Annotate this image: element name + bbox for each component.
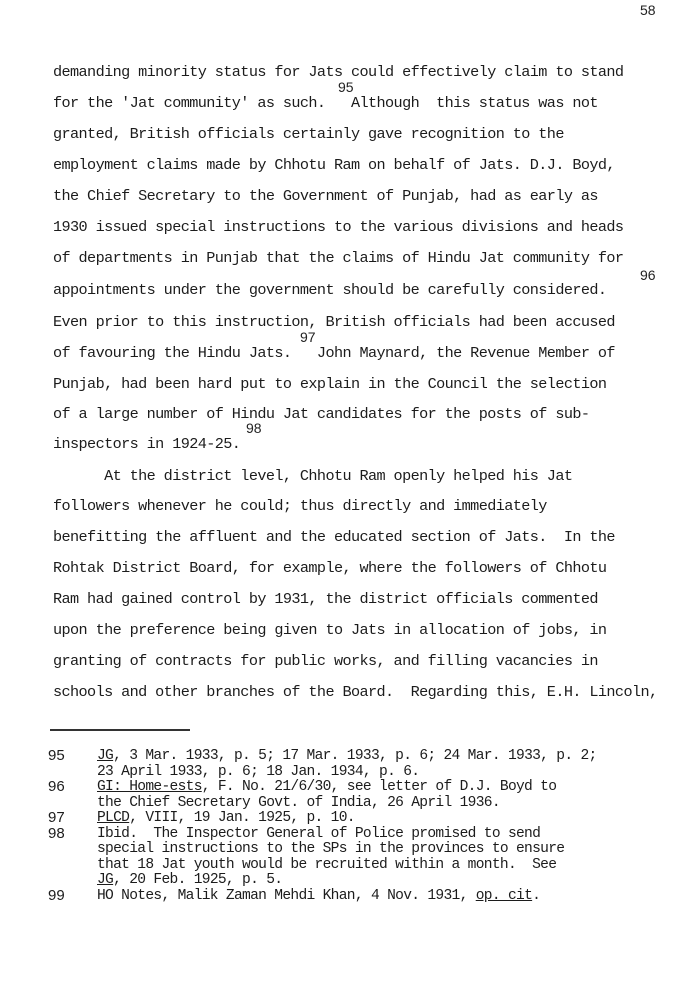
footnote-line: HO Notes, Malik Zaman Mehdi Khan, 4 Nov.… bbox=[97, 888, 540, 904]
body-line: Rohtak District Board, for example, wher… bbox=[53, 559, 606, 577]
body-line: 1930 issued special instructions to the … bbox=[53, 218, 623, 236]
page-number: 58 bbox=[640, 2, 656, 18]
footnote-number: 97 bbox=[48, 810, 65, 826]
body-line: benefitting the affluent and the educate… bbox=[53, 528, 615, 546]
footnote-line: GI: Home-ests, F. No. 21/6/30, see lette… bbox=[97, 779, 556, 795]
body-line: appointments under the government should… bbox=[53, 281, 606, 299]
footnote-line: JG, 3 Mar. 1933, p. 5; 17 Mar. 1933, p. … bbox=[97, 748, 597, 764]
footnote-line: 23 April 1933, p. 6; 18 Jan. 1934, p. 6. bbox=[97, 764, 419, 780]
body-line: schools and other branches of the Board.… bbox=[53, 683, 658, 701]
body-line: followers whenever he could; thus direct… bbox=[53, 497, 547, 515]
footnote-line: Ibid. The Inspector General of Police pr… bbox=[97, 826, 540, 842]
footnote-ref-97: 97 bbox=[300, 330, 316, 344]
body-line: granting of contracts for public works, … bbox=[53, 652, 598, 670]
body-line: upon the preference being given to Jats … bbox=[53, 621, 606, 639]
body-line: granted, British officials certainly gav… bbox=[53, 125, 564, 143]
body-line: of a large number of Hindu Jat candidate… bbox=[53, 405, 589, 423]
body-line: of departments in Punjab that the claims… bbox=[53, 249, 623, 267]
footnote-number: 95 bbox=[48, 748, 65, 764]
body-line: Even prior to this instruction, British … bbox=[53, 313, 615, 331]
footnote-ref-95: 95 bbox=[338, 80, 354, 94]
footnote-line: special instructions to the SPs in the p… bbox=[97, 841, 564, 857]
footnote-line: that 18 Jat youth would be recruited wit… bbox=[97, 857, 556, 873]
footnote-separator bbox=[50, 729, 190, 731]
footnote-number: 96 bbox=[48, 779, 65, 795]
footnote-line: JG, 20 Feb. 1925, p. 5. bbox=[97, 872, 282, 888]
footnote-number: 98 bbox=[48, 826, 65, 842]
body-line: the Chief Secretary to the Government of… bbox=[53, 187, 598, 205]
body-line: Punjab, had been hard put to explain in … bbox=[53, 375, 606, 393]
body-line: of favouring the Hindu Jats. John Maynar… bbox=[53, 344, 615, 362]
footnote-number: 99 bbox=[48, 888, 65, 904]
body-line: for the 'Jat community' as such. Althoug… bbox=[53, 94, 598, 112]
footnote-ref-96: 96 bbox=[640, 268, 656, 282]
body-line: inspectors in 1924-25. bbox=[53, 435, 240, 453]
footnote-line: PLCD, VIII, 19 Jan. 1925, p. 10. bbox=[97, 810, 355, 826]
body-line: At the district level, Chhotu Ram openly… bbox=[53, 467, 572, 485]
body-line: Ram had gained control by 1931, the dist… bbox=[53, 590, 598, 608]
footnote-line: the Chief Secretary Govt. of India, 26 A… bbox=[97, 795, 500, 811]
footnote-ref-98: 98 bbox=[246, 421, 262, 435]
body-line: employment claims made by Chhotu Ram on … bbox=[53, 156, 615, 174]
